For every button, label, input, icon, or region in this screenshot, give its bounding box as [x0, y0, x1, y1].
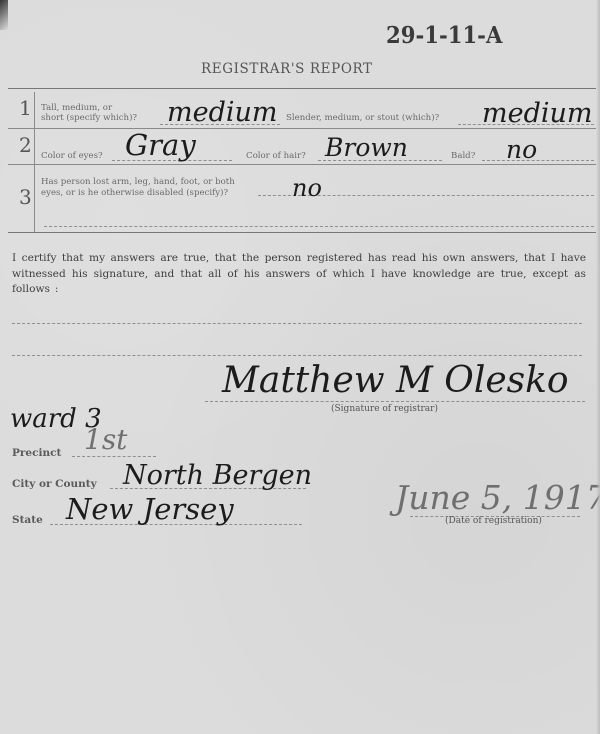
question-2b-answer: Brown	[325, 133, 408, 162]
precinct-line	[72, 456, 156, 457]
question-2a-answer: Gray	[125, 128, 196, 162]
question-2c-answer: no	[506, 135, 537, 164]
serial-number: 29-1-11-A	[386, 22, 502, 49]
precinct-label: Precinct	[12, 447, 61, 459]
question-1a-label-line2: short (specify which)?	[41, 113, 137, 123]
question-3-extra-line	[44, 226, 594, 227]
question-number-3: 3	[19, 185, 32, 209]
question-3-label-line1: Has person lost arm, leg, hand, foot, or…	[41, 177, 235, 187]
signature-line	[205, 401, 585, 402]
question-1b-answer: medium	[482, 98, 593, 129]
city-label: City or County	[12, 478, 97, 490]
question-1a-answer: medium	[167, 97, 278, 128]
exception-line-1	[12, 323, 582, 324]
exception-line-2	[12, 355, 582, 356]
number-column-rule	[34, 92, 35, 232]
state-label: State	[12, 514, 43, 526]
question-2c-label: Bald?	[451, 151, 475, 161]
question-1b-label: Slender, medium, or stout (which)?	[286, 113, 439, 123]
certification-text: I certify that my answers are true, that…	[12, 251, 586, 298]
question-2a-label: Color of eyes?	[41, 151, 103, 161]
report-title: REGISTRAR'S REPORT	[201, 61, 373, 77]
city-value: North Bergen	[123, 460, 312, 491]
table-bottom-rule	[8, 232, 596, 233]
registrar-signature: Matthew M Olesko	[222, 360, 569, 401]
question-1a-label-line1: Tall, medium, or	[41, 103, 112, 113]
date-caption: (Date of registration)	[445, 516, 542, 526]
question-2c-line	[482, 160, 594, 161]
registration-date: June 5, 1917	[395, 478, 600, 517]
top-rule	[8, 88, 596, 89]
question-2b-label: Color of hair?	[246, 151, 306, 161]
precinct-value: 1st	[84, 423, 127, 456]
signature-caption: (Signature of registrar)	[331, 404, 438, 414]
registration-card: 29-1-11-A REGISTRAR'S REPORT 1 Tall, med…	[0, 0, 600, 734]
question-number-1: 1	[19, 96, 32, 120]
state-value: New Jersey	[66, 492, 234, 526]
question-number-2: 2	[19, 133, 32, 157]
question-3-label-line2: eyes, or is he otherwise disabled (speci…	[41, 188, 228, 198]
question-3-answer: no	[292, 174, 322, 202]
row-2-separator	[8, 164, 596, 165]
